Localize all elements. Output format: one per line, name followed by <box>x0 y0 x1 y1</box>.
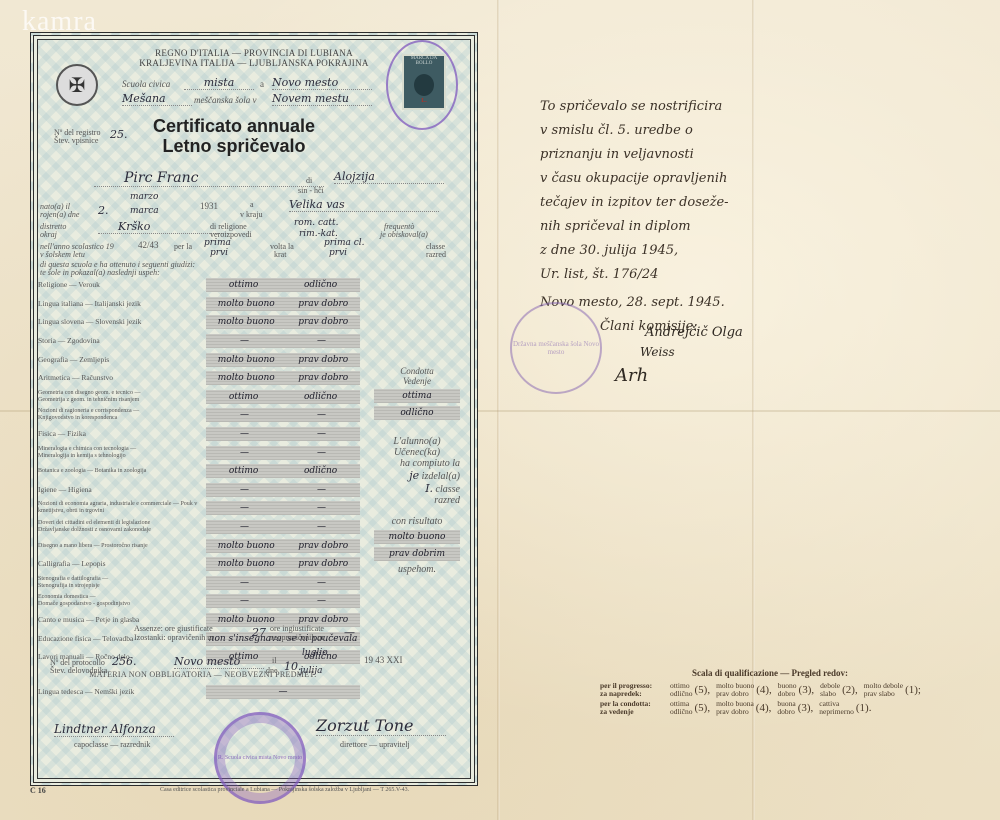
razred-label: razred <box>426 250 446 259</box>
school-type-sl: Mešana <box>122 92 192 106</box>
grade-it: molto buono <box>218 559 275 569</box>
subject-name: Calligrafia — Lepopis <box>38 560 206 568</box>
protocol-label-sl: Štev. delovodnika <box>50 666 107 675</box>
subject-name: Nozioni di ragioneria e corrispondenza —… <box>38 408 206 422</box>
pupil-label: L'alunno(a) <box>374 436 460 447</box>
grade-box: molto buonoprav dobro <box>206 371 360 385</box>
scale-value: (3), <box>798 702 814 714</box>
commission-signature: Andrejčič Olga <box>645 325 743 340</box>
grade-box: —— <box>206 594 360 608</box>
grade-sl: — <box>317 429 326 439</box>
grade-it: — <box>240 485 249 495</box>
scale-row-progress: per il progresso: za napredek: ottimoodl… <box>600 682 940 698</box>
note-line: To spričevalo se nostrificira <box>540 95 790 119</box>
absence-label: Assenze: ore giustificate <box>134 624 213 633</box>
grade-row: Botanica e zoologia — Botanika in zoolog… <box>38 462 368 481</box>
certificate-panel: REGNO D'ITALIA — PROVINCIA DI LUBIANA KR… <box>30 32 478 786</box>
scale-sl: odlično <box>670 690 693 698</box>
grade-it: molto buono <box>218 373 275 383</box>
subject-name: Storia — Zgodovina <box>38 337 206 345</box>
school-label: Scuola civica <box>122 80 170 89</box>
absence-unjust-label-sl: neopravičenih ur <box>270 633 324 642</box>
grade-row: Geografia — Zemljepismolto buonoprav dob… <box>38 350 368 369</box>
grade-sl: prav dobro <box>298 559 348 569</box>
grade-sl: — <box>317 578 326 588</box>
grade-it: ottimo <box>229 280 258 290</box>
grade-sl: — <box>317 503 326 513</box>
scale-sl: dobro <box>777 708 795 716</box>
scale-sl: slabo <box>820 690 840 698</box>
completed-razred-label: razred <box>374 495 460 506</box>
grade-row: Mineralogia e chimica con tecnologia — M… <box>38 443 368 462</box>
grade-it: — <box>240 448 249 458</box>
grade-row: Igiene — Higiena—— <box>38 481 368 500</box>
grade-box: molto buonoprav dobro <box>206 539 360 553</box>
grade-sl: prav dobro <box>298 317 348 327</box>
grade-row: Religione — Veroukottimoodlično <box>38 276 368 295</box>
completed-label: ha compiuto la <box>374 458 460 469</box>
scale-sl: prav dobro <box>716 690 754 698</box>
subject-name: Lingua italiana — Italijanski jezik <box>38 300 206 308</box>
birth-day: 2. <box>98 204 109 217</box>
religion: rom. catt. <box>294 218 338 228</box>
completed-prefix: je <box>409 469 419 482</box>
scale-value: (4), <box>756 684 772 696</box>
grade-sl: odlično <box>304 392 337 402</box>
grade-sl: — <box>317 410 326 420</box>
grade-box: —— <box>206 520 360 534</box>
completed-class: I. <box>425 482 433 495</box>
grade-row: Calligrafia — Lepopismolto buonoprav dob… <box>38 555 368 574</box>
note-line: Ur. list, št. 176/24 <box>540 263 790 287</box>
stamp-text: MARCA DA BOLLO <box>404 56 444 66</box>
class-teacher-signature: Lindtner Alfonza <box>54 722 174 737</box>
grade-box: —— <box>206 483 360 497</box>
grade-box: ottimoodlično <box>206 464 360 478</box>
school-place-sl: Novem mestu <box>272 92 372 106</box>
grade-row: Disegno a mano libera — Prostoročno risa… <box>38 536 368 555</box>
conduct-label-sl: Vedenje <box>374 376 460 386</box>
parent-label: di <box>306 176 312 185</box>
subject-name: Disegno a mano libera — Prostoročno risa… <box>38 542 206 550</box>
grade-sl: — <box>317 336 326 346</box>
grade-row: Nozioni di ragioneria e corrispondenza —… <box>38 406 368 425</box>
grade-box: —— <box>206 408 360 422</box>
result-grade: molto buono <box>374 530 460 544</box>
grade-it: ottimo <box>229 392 258 402</box>
scale-value: (5), <box>695 702 711 714</box>
note-line: z dne 30. julija 1945, <box>540 239 790 263</box>
time-label: per la <box>174 242 192 251</box>
grade-it: — <box>279 687 288 697</box>
grade-it: — <box>240 578 249 588</box>
grade-box: molto buonoprav dobro <box>206 297 360 311</box>
birth-month: marzo <box>130 192 158 202</box>
place-label-sl: v kraju <box>240 210 262 219</box>
conduct-grade-sl: odlično <box>374 406 460 420</box>
protocol-number: 256. <box>112 655 137 668</box>
grade-row: Lingua tedesca — Nemški jezik— <box>38 682 368 701</box>
birth-place: Velika vas <box>289 198 439 212</box>
scale-value: (1). <box>856 702 872 714</box>
class-attended: prima cl. <box>324 238 364 248</box>
grade-box: —— <box>206 576 360 590</box>
stamp-overprint: L. <box>404 98 444 104</box>
grade-box: molto buonoprav dobro <box>206 353 360 367</box>
form-code: C 16 <box>30 786 46 795</box>
grade-sl: odlično <box>304 466 337 476</box>
issue-il-label: il <box>272 656 276 665</box>
note-line: v času okupacije opravljenih <box>540 167 790 191</box>
school-label-sl: meščanska šola v <box>194 96 257 105</box>
scale-value: (1); <box>905 684 921 696</box>
commission-signature: Weiss <box>640 345 675 359</box>
result-label: con risultato <box>374 516 460 527</box>
grade-sl: — <box>317 448 326 458</box>
title-slovene: Letno spričevalo <box>34 136 434 157</box>
district: Krško <box>98 220 228 234</box>
director-signature: Zorzut Tone <box>316 716 446 736</box>
grade-sl: prav dobro <box>298 541 348 551</box>
district-label-sl: okraj <box>40 230 57 239</box>
scale-value: (4), <box>756 702 772 714</box>
grade-row: Stenografia e dattilografia — Stenografi… <box>38 574 368 593</box>
subject-name: Fisica — Fizika <box>38 430 206 438</box>
subject-name: Mineralogia e chimica con tecnologia — M… <box>38 446 206 460</box>
subject-name: Canto e musica — Petje in glasba <box>38 616 206 624</box>
grade-it: — <box>240 522 249 532</box>
subject-name: Lingua slovena — Slovenski jezik <box>38 318 206 326</box>
place-label: a <box>250 200 254 209</box>
krat-label: krat <box>274 250 286 259</box>
subject-name: Doveri dei cittadini ed elementi di legi… <box>38 520 206 534</box>
completion-section: L'alunno(a) Učenec(ka) ha compiuto la je… <box>374 436 460 575</box>
scale-sl: dobro <box>778 690 797 698</box>
completed-label-sl: izdelal(a) <box>422 471 460 482</box>
scale-value: (5), <box>695 684 711 696</box>
scale-sl: prav dobro <box>716 708 754 716</box>
conduct-section: Condotta Vedenje ottima odlično <box>374 366 460 423</box>
stamp-text: Državna meščanska šola Novo mesto <box>512 340 600 356</box>
grade-sl: — <box>317 522 326 532</box>
scale-row-label: per la condotta: za vedenje <box>600 700 664 716</box>
scale-sl: odlično <box>670 708 693 716</box>
nostrification-note: To spričevalo se nostrificira v smislu č… <box>540 95 790 339</box>
grade-it: — <box>240 596 249 606</box>
grade-box: ottimoodlično <box>206 278 360 292</box>
subject-name: Geometria con disegno geom. e tecnico — … <box>38 390 206 404</box>
scale-value: (3), <box>799 684 815 696</box>
grade-box: ottimoodlično <box>206 390 360 404</box>
grade-box: —— <box>206 501 360 515</box>
king-portrait-icon <box>414 74 434 96</box>
subject-name: Geografia — Zemljepis <box>38 356 206 364</box>
time-count: prima <box>204 238 231 248</box>
attended-label-sl: je obiskoval(a) <box>380 230 428 239</box>
grade-row: Fisica — Fizika—— <box>38 425 368 444</box>
label-at: a <box>260 80 264 89</box>
scale-sl: prav slabo <box>864 690 903 698</box>
completed-classe-label: classe <box>436 484 460 495</box>
issue-year: 19 43 XXI <box>364 656 403 665</box>
birth-year: 1931 <box>200 202 218 211</box>
printer-line: Casa editrice scolastica provinciale a L… <box>160 787 409 793</box>
commission-stamp: Državna meščanska šola Novo mesto <box>510 302 602 394</box>
absence-label-sl: Izostanki: opravičenih ur <box>134 633 214 642</box>
grade-box: —— <box>206 446 360 460</box>
scale-row-conduct: per la condotta: za vedenje ottimaodličn… <box>600 700 940 716</box>
subject-name: Economia domestica — Domače gospodarstvo… <box>38 594 206 608</box>
school-place: Novo mesto <box>272 76 372 90</box>
subject-name: Lingua tedesca — Nemški jezik <box>38 688 206 696</box>
grade-sl: prav dobro <box>298 373 348 383</box>
grade-box: —— <box>206 334 360 348</box>
grade-row: Storia — Zgodovina—— <box>38 332 368 351</box>
revenue-stamp: MARCA DA BOLLO L. <box>402 54 446 110</box>
subject-name: Botanica e zoologia — Botanika in zoolog… <box>38 467 206 475</box>
class-teacher-label: capoclasse — razrednik <box>74 740 150 749</box>
title-italian: Certificato annuale <box>34 116 434 137</box>
grade-row: Doveri dei cittadini ed elementi di legi… <box>38 518 368 537</box>
school-year-label-sl: v šolskem letu <box>40 250 85 259</box>
grade-sl: prav dobro <box>298 299 348 309</box>
conduct-label: Condotta <box>374 366 460 376</box>
note-line: nih spričeval in diplom <box>540 215 790 239</box>
subject-name: Stenografia e dattilografia — Stenografi… <box>38 576 206 590</box>
conduct-grade: ottima <box>374 389 460 403</box>
grade-it: molto buono <box>218 541 275 551</box>
grade-row: Geometria con disegno geom. e tecnico — … <box>38 388 368 407</box>
issue-month: luglio <box>302 648 328 658</box>
result-suffix: uspehom. <box>374 564 460 575</box>
grade-row: Economia domestica — Domače gospodarstvo… <box>38 592 368 611</box>
issue-place: Novo mesto <box>174 655 264 669</box>
grading-scale: Scala di qualificazione — Pregled redov:… <box>600 668 940 718</box>
grade-sl: odlično <box>304 280 337 290</box>
grade-row: Lingua italiana — Italijanski jezikmolto… <box>38 295 368 314</box>
grade-box: molto buonoprav dobro <box>206 315 360 329</box>
grade-it: — <box>240 410 249 420</box>
parent-label-sl: sin - hči <box>298 186 324 195</box>
grade-it: — <box>240 336 249 346</box>
grade-box: molto buonoprav dobro <box>206 557 360 571</box>
grade-it: molto buono <box>218 317 275 327</box>
seal-text: R. Scuola civica mista Novo mesto <box>218 755 302 761</box>
grade-row: Nozioni di economia agraria, industriale… <box>38 499 368 518</box>
grade-box: — <box>206 685 360 699</box>
grade-it: — <box>240 503 249 513</box>
scale-value: (2), <box>842 684 858 696</box>
issue-dne-label: dne <box>266 666 278 675</box>
issue-month-sl: julija <box>300 666 323 676</box>
grade-row: Aritmetica — Računstvomolto buonoprav do… <box>38 369 368 388</box>
school-type: mista <box>184 76 254 90</box>
grade-sl: — <box>317 596 326 606</box>
grade-it: molto buono <box>218 355 275 365</box>
school-year: 42/43 <box>138 241 159 250</box>
subject-name: Nozioni di economia agraria, industriale… <box>38 501 206 515</box>
grade-sl: — <box>317 485 326 495</box>
scale-row-label: per il progresso: za napredek: <box>600 682 664 698</box>
note-line: tečajev in izpitov ter dosežе- <box>540 191 790 215</box>
commission-signature: Arh <box>615 365 648 386</box>
grade-sl: prav dobro <box>298 355 348 365</box>
director-label: direttore — upravitelj <box>340 740 410 749</box>
grade-it: — <box>240 429 249 439</box>
time-count-sl: prvi <box>210 248 228 258</box>
result-grade-sl: prav dobrim <box>374 547 460 561</box>
birth-month-sl: marca <box>130 206 159 216</box>
grade-box: —— <box>206 427 360 441</box>
absence-unjust-label: ore ingiustificate <box>270 624 324 633</box>
savoy-crest-icon: ✠ <box>56 64 98 106</box>
subject-name: Igiene — Higiena <box>38 486 206 494</box>
pupil-label-sl: Učenec(ka) <box>374 447 460 458</box>
born-label-sl: rojen(a) dne <box>40 210 79 219</box>
parent-name: Alojzija <box>334 170 444 184</box>
absences-unjustified: — <box>344 626 355 639</box>
subject-name: Religione — Verouk <box>38 281 206 289</box>
class-attended-sl: prvi <box>329 248 347 258</box>
subject-name: Aritmetica — Računstvo <box>38 374 206 382</box>
issue-day: 10. <box>284 660 302 673</box>
grade-row: Lingua slovena — Slovenski jezikmolto bu… <box>38 313 368 332</box>
student-name: Pirc Franc <box>94 170 324 187</box>
grade-it: molto buono <box>218 299 275 309</box>
scale-sl: neprimerno <box>819 708 854 716</box>
grade-it: molto buono <box>218 615 275 625</box>
grading-scale-title: Scala di qualificazione — Pregled redov: <box>600 668 940 678</box>
grade-it: ottimo <box>229 466 258 476</box>
absences-justified: 27 <box>252 626 266 639</box>
note-line: v smislu čl. 5. uredbe o <box>540 119 790 143</box>
note-line: priznanju in veljavnosti <box>540 143 790 167</box>
